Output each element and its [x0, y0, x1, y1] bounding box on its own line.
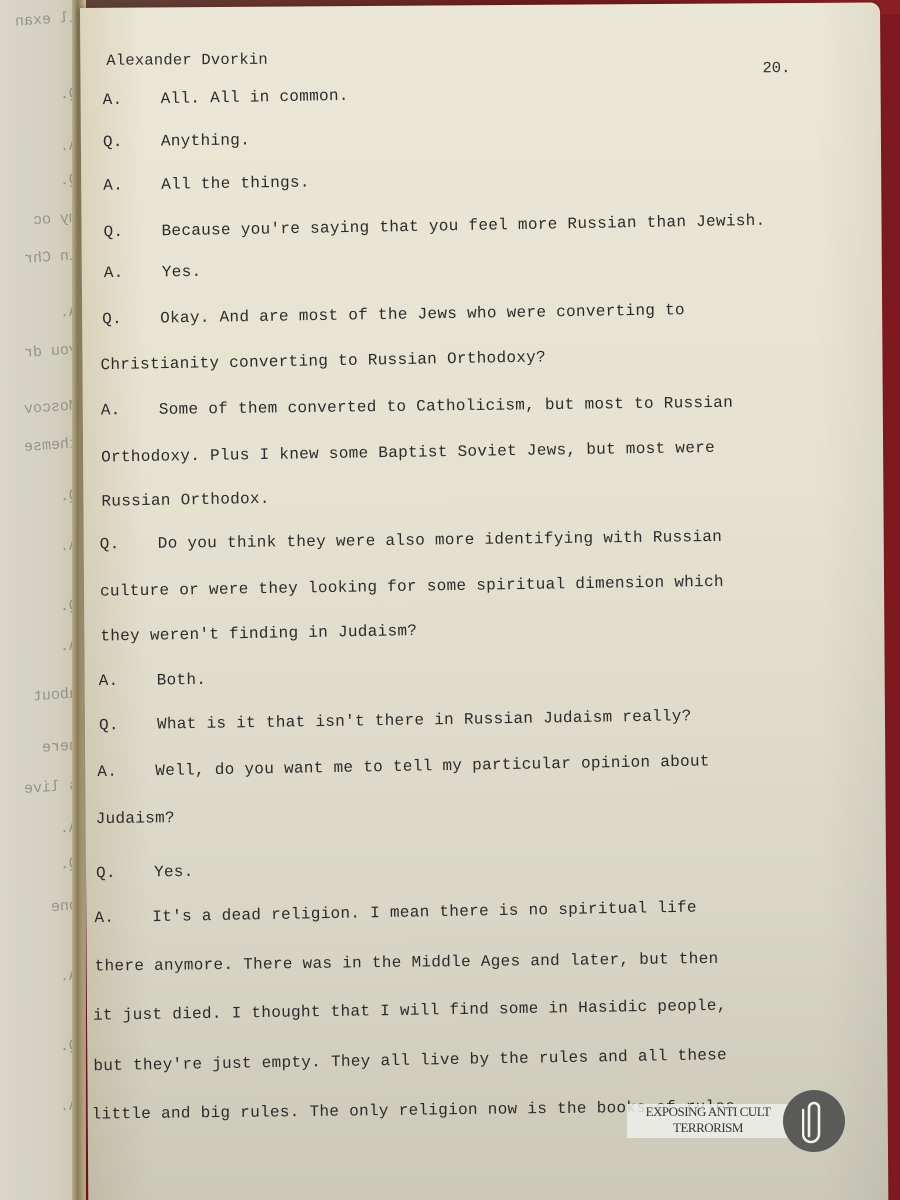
- bleed-through-text: about: [0, 685, 78, 707]
- bleed-through-text: bne: [0, 897, 78, 919]
- speaker-label: Q.: [102, 309, 160, 328]
- speaker-label: A.: [102, 90, 160, 109]
- transcript-line: A.It's a dead religion. I mean there is …: [94, 899, 697, 928]
- transcript-line: Christianity converting to Russian Ortho…: [100, 348, 546, 374]
- speaker-label: Q.: [103, 133, 161, 152]
- line-text: culture or were they looking for some sp…: [100, 573, 724, 601]
- watermark-line-1: EXPOSING ANTI CULT: [627, 1104, 789, 1120]
- line-text: Because you're saying that you feel more…: [161, 212, 765, 241]
- transcript-line: Q.Okay. And are most of the Jews who wer…: [102, 301, 685, 328]
- speaker-label: Q.: [99, 716, 157, 735]
- bleed-through-text: ll exan: [0, 9, 78, 31]
- line-text: It's a dead religion. I mean there is no…: [152, 899, 697, 927]
- speaker-label: Q.: [103, 222, 161, 241]
- transcript-line: Q.Do you think they were also more ident…: [100, 528, 723, 554]
- line-text: Russian Orthodox.: [101, 490, 270, 511]
- line-text: Yes.: [162, 263, 202, 281]
- bleed-through-text: A.: [0, 819, 78, 841]
- watermark-line-2: TERRORISM: [627, 1120, 789, 1136]
- bleed-through-text: themse: [0, 435, 78, 457]
- line-text: Anything.: [161, 131, 250, 150]
- line-text: Well, do you want me to tell my particul…: [155, 752, 710, 780]
- bleed-through-text: A.: [0, 537, 78, 559]
- speaker-label: A.: [94, 908, 152, 927]
- transcript-line: A.Yes.: [104, 263, 202, 282]
- speaker-label: A.: [103, 176, 161, 195]
- bleed-through-text: here: [0, 737, 78, 759]
- transcript-line: A.Well, do you want me to tell my partic…: [97, 752, 710, 781]
- line-text: What is it that isn't there in Russian J…: [157, 707, 692, 733]
- transcript-line: Q.Yes.: [96, 863, 194, 883]
- transcript-line: but they're just empty. They all live by…: [93, 1046, 727, 1075]
- line-text: Christianity converting to Russian Ortho…: [100, 348, 546, 374]
- line-text: Judaism?: [96, 809, 175, 828]
- transcript-page: Alexander Dvorkin 20. A.All. All in comm…: [80, 2, 888, 1200]
- line-text: Do you think they were also more identif…: [158, 528, 723, 553]
- line-text: Some of them converted to Catholicism, b…: [159, 394, 733, 419]
- bleed-through-text: A.: [0, 967, 78, 989]
- transcript-line: A.All the things.: [103, 174, 310, 195]
- speaker-label: A.: [104, 263, 162, 282]
- watermark-label: EXPOSING ANTI CULT TERRORISM: [627, 1104, 789, 1138]
- bleed-through-text: s live: [0, 777, 78, 799]
- bleed-through-text: A.: [0, 1097, 78, 1119]
- transcript-line: it just died. I thought that I will find…: [93, 997, 727, 1025]
- left-facing-page: ll exanQ.A.Q.my ocin ChrA.you drMoscovth…: [0, 0, 80, 1200]
- bleed-through-text: Moscov: [0, 397, 78, 419]
- transcript-line: Judaism?: [96, 809, 175, 828]
- transcript-line: A.Both.: [99, 671, 207, 690]
- paperclip-icon: [783, 1090, 845, 1152]
- bleed-through-text: Q.: [0, 597, 78, 619]
- speaker-label: A.: [97, 762, 155, 781]
- transcript-line: they weren't finding in Judaism?: [100, 622, 417, 646]
- transcript-line: Q.Anything.: [103, 131, 250, 151]
- line-text: All. All in common.: [160, 87, 348, 108]
- speaker-label: A.: [99, 671, 157, 690]
- bleed-through-text: Q.: [0, 487, 78, 509]
- line-text: it just died. I thought that I will find…: [93, 997, 727, 1025]
- bleed-through-text: A.: [0, 137, 78, 159]
- transcript-line: Q.Because you're saying that you feel mo…: [103, 212, 765, 242]
- transcript-line: Orthodoxy. Plus I knew some Baptist Sovi…: [101, 439, 715, 467]
- line-text: All the things.: [161, 174, 310, 194]
- speaker-label: Q.: [96, 863, 154, 882]
- bleed-through-text: Q.: [0, 855, 78, 877]
- line-text: they weren't finding in Judaism?: [100, 622, 417, 646]
- line-text: there anymore. There was in the Middle A…: [95, 950, 719, 976]
- speaker-label: Q.: [100, 535, 158, 554]
- line-text: Yes.: [154, 863, 194, 882]
- transcript-line: there anymore. There was in the Middle A…: [95, 950, 719, 976]
- bleed-through-text: in Chr: [0, 247, 78, 269]
- line-text: Orthodoxy. Plus I knew some Baptist Sovi…: [101, 439, 715, 467]
- line-text: Both.: [157, 671, 207, 690]
- bleed-through-text: Q.: [0, 85, 78, 107]
- watermark: EXPOSING ANTI CULT TERRORISM: [627, 1090, 862, 1150]
- transcript-line: Q.What is it that isn't there in Russian…: [99, 707, 692, 734]
- transcript-line: A.Some of them converted to Catholicism,…: [101, 394, 733, 420]
- transcript-line: culture or were they looking for some sp…: [100, 573, 724, 601]
- page-number: 20.: [762, 59, 790, 77]
- transcript-line: Russian Orthodox.: [101, 490, 270, 511]
- bleed-through-text: Q.: [0, 1037, 78, 1059]
- bleed-through-text: you dr: [0, 341, 78, 363]
- speaker-label: A.: [101, 401, 159, 420]
- bleed-through-text: A.: [0, 637, 78, 659]
- page-header-name: Alexander Dvorkin: [106, 51, 268, 70]
- line-text: but they're just empty. They all live by…: [93, 1046, 727, 1075]
- line-text: Okay. And are most of the Jews who were …: [160, 301, 685, 327]
- bleed-through-text: A.: [0, 303, 78, 325]
- transcript-line: A.All. All in common.: [102, 87, 348, 109]
- bleed-through-text: my oc: [0, 209, 78, 231]
- bleed-through-text: Q.: [0, 171, 78, 193]
